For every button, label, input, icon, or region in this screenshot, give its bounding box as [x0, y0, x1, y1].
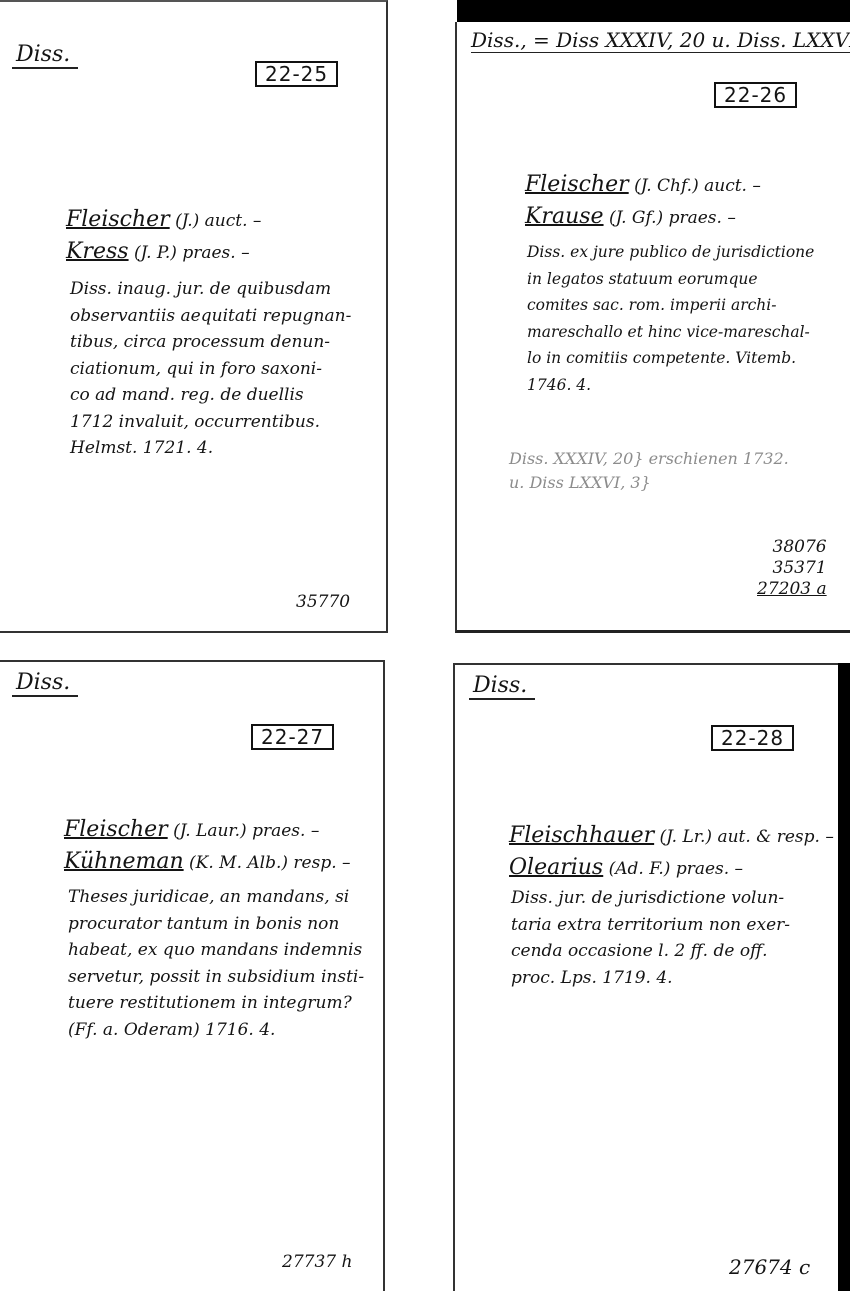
author-line: Fleischer (J. Chf.) auct. – [525, 172, 761, 200]
author-line: Fleischer (J.) auct. – [66, 207, 261, 235]
accession-number: 35770 [296, 592, 350, 612]
catalog-card-22-26: Diss., = Diss XXXIV, 20 u. Diss. LXXVI, … [455, 22, 850, 633]
praeses-line: Krause (J. Gf.) praes. – [525, 204, 736, 232]
author-name: Fleischhauer [509, 823, 654, 848]
respondent-line: Kühneman (K. M. Alb.) resp. – [64, 849, 351, 877]
corner-note: Diss. [12, 670, 78, 697]
shelfmark: 22-26 [714, 82, 797, 108]
shelfmark: 22-27 [251, 724, 334, 750]
praeses-line: Kress (J. P.) praes. – [66, 239, 250, 267]
praeses-name: Olearius [509, 855, 603, 880]
corner-note: Diss., = Diss XXXIV, 20 u. Diss. LXXVI, … [471, 28, 850, 53]
corner-note: Diss. [469, 673, 535, 700]
title-text: Diss. inaug. jur. de quibusdam observant… [70, 276, 351, 462]
accession-numbers: 38076 35371 27203 a [757, 537, 827, 600]
catalog-card-22-25: Diss. 22-25 Fleischer (J.) auct. – Kress… [0, 0, 388, 633]
pencil-note: Diss. XXXIV, 20} erschienen 1732. u. Dis… [509, 447, 789, 495]
shelfmark: 22-25 [255, 61, 338, 87]
author-line: Fleischhauer (J. Lr.) aut. & resp. – [509, 823, 834, 851]
accession-number: 27737 h [282, 1252, 352, 1272]
author-name: Fleischer [66, 207, 170, 232]
praeses-name: Krause [525, 204, 604, 229]
accession-number: 27674 c [729, 1255, 810, 1279]
author-name: Fleischer [525, 172, 629, 197]
praeses-line: Olearius (Ad. F.) praes. – [509, 855, 743, 883]
corner-note: Diss. [12, 42, 78, 69]
author-line: Fleischer (J. Laur.) praes. – [64, 817, 319, 845]
catalog-card-22-27: Diss. 22-27 Fleischer (J. Laur.) praes. … [0, 660, 385, 1291]
scan-edge [457, 0, 850, 22]
praeses-name: Kress [66, 239, 129, 264]
respondent-name: Kühneman [64, 849, 184, 874]
catalog-card-22-28: Diss. 22-28 Fleischhauer (J. Lr.) aut. &… [453, 663, 838, 1291]
title-text: Theses juridicae, an mandans, si procura… [68, 884, 364, 1043]
title-text: Diss. jur. de jurisdictione volun- taria… [511, 885, 790, 991]
scan-edge [838, 663, 850, 1291]
title-text: Diss. ex jure publico de jurisdictione i… [527, 239, 814, 398]
praeses-name: Fleischer [64, 817, 168, 842]
shelfmark: 22-28 [711, 725, 794, 751]
